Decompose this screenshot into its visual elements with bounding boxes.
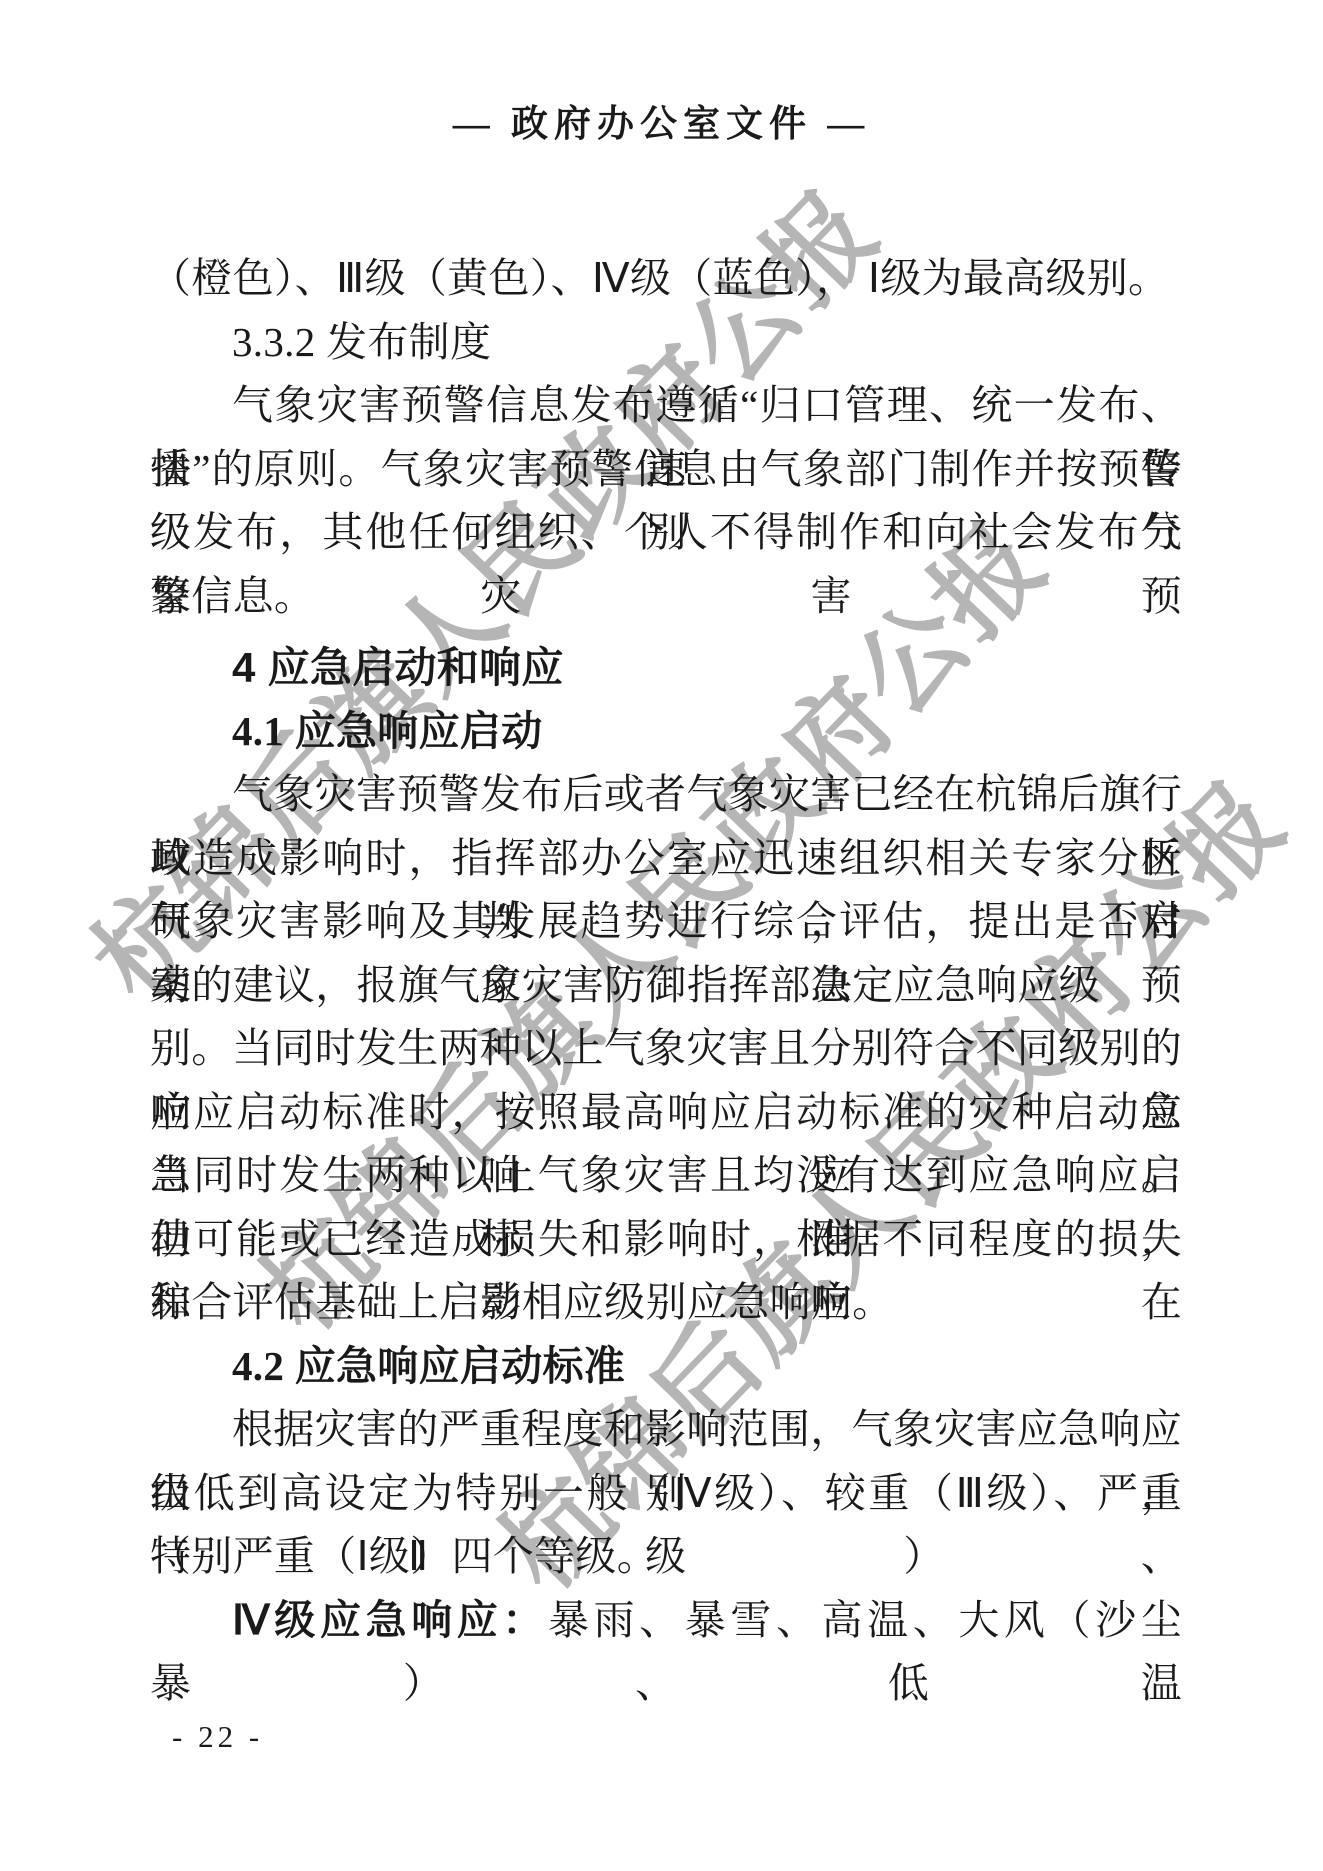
text-line: 当同时发生两种以上气象灾害且分别符合不同级别的应急: [150, 1017, 1182, 1081]
text-line: 气象灾害影响及其发展趋势进行综合评估，提出是否启动应急预: [150, 890, 1182, 954]
text-line: 3.3.2 发布制度: [150, 311, 1182, 375]
text-line: 由低到高设定为特别一般（Ⅳ级）、较重（Ⅲ级）、严重（Ⅱ级）、: [150, 1462, 1182, 1526]
text-line: 但可能或已经造成损失和影响时，根据不同程度的损失和影响在: [150, 1208, 1182, 1272]
text-line: Ⅳ级应急响应：暴雨、暴雪、高温、大风（沙尘暴）、低温: [150, 1589, 1182, 1653]
text-line: 播”的原则。气象灾害预警信息由气象部门制作并按预警级别分: [150, 438, 1182, 502]
page-number: - 22 -: [172, 1719, 263, 1755]
text-line: 4.1 应急响应启动: [150, 700, 1182, 764]
text-line: 根据灾害的严重程度和影响范围，气象灾害应急响应级别，: [150, 1398, 1182, 1462]
document-header: — 政府办公室文件 —: [0, 93, 1323, 147]
document-page: 杭锦后旗人民政府公报 杭锦后旗人民政府公报 杭锦后旗人民政府公报 — 政府办公室…: [0, 0, 1323, 1871]
text-line: （橙色）、Ⅲ级（黄色）、Ⅳ级（蓝色）， Ⅰ级为最高级别。: [150, 247, 1182, 311]
text-line: 当同时发生两种以上气象灾害且均没有达到应急响应启动标准，: [150, 1144, 1182, 1208]
text-line: 气象灾害预警发布后或者气象灾害已经在杭锦后旗行政区: [150, 763, 1182, 827]
text-line: 域造成影响时，指挥部办公室应迅速组织相关专家分析研判，对: [150, 827, 1182, 891]
text-line: 4 应急启动和响应: [150, 636, 1182, 700]
text-line: 级发布，其他任何组织、个人不得制作和向社会发布气象灾害预: [150, 501, 1182, 565]
text-line: 案的建议，报旗气象灾害防御指挥部决定应急响应级别。: [150, 954, 1182, 1018]
emphasis-prefix: Ⅳ级应急响应：: [232, 1597, 548, 1643]
document-body: （橙色）、Ⅲ级（黄色）、Ⅳ级（蓝色）， Ⅰ级为最高级别。3.3.2 发布制度气象…: [150, 247, 1182, 1652]
text-line: 气象灾害预警信息发布遵循“归口管理、统一发布、快速传: [150, 374, 1182, 438]
text-line: 响应启动标准时，按照最高响应启动标准的灾种启动应急响应。: [150, 1081, 1182, 1145]
text-line: 4.2 应急响应启动标准: [150, 1335, 1182, 1399]
